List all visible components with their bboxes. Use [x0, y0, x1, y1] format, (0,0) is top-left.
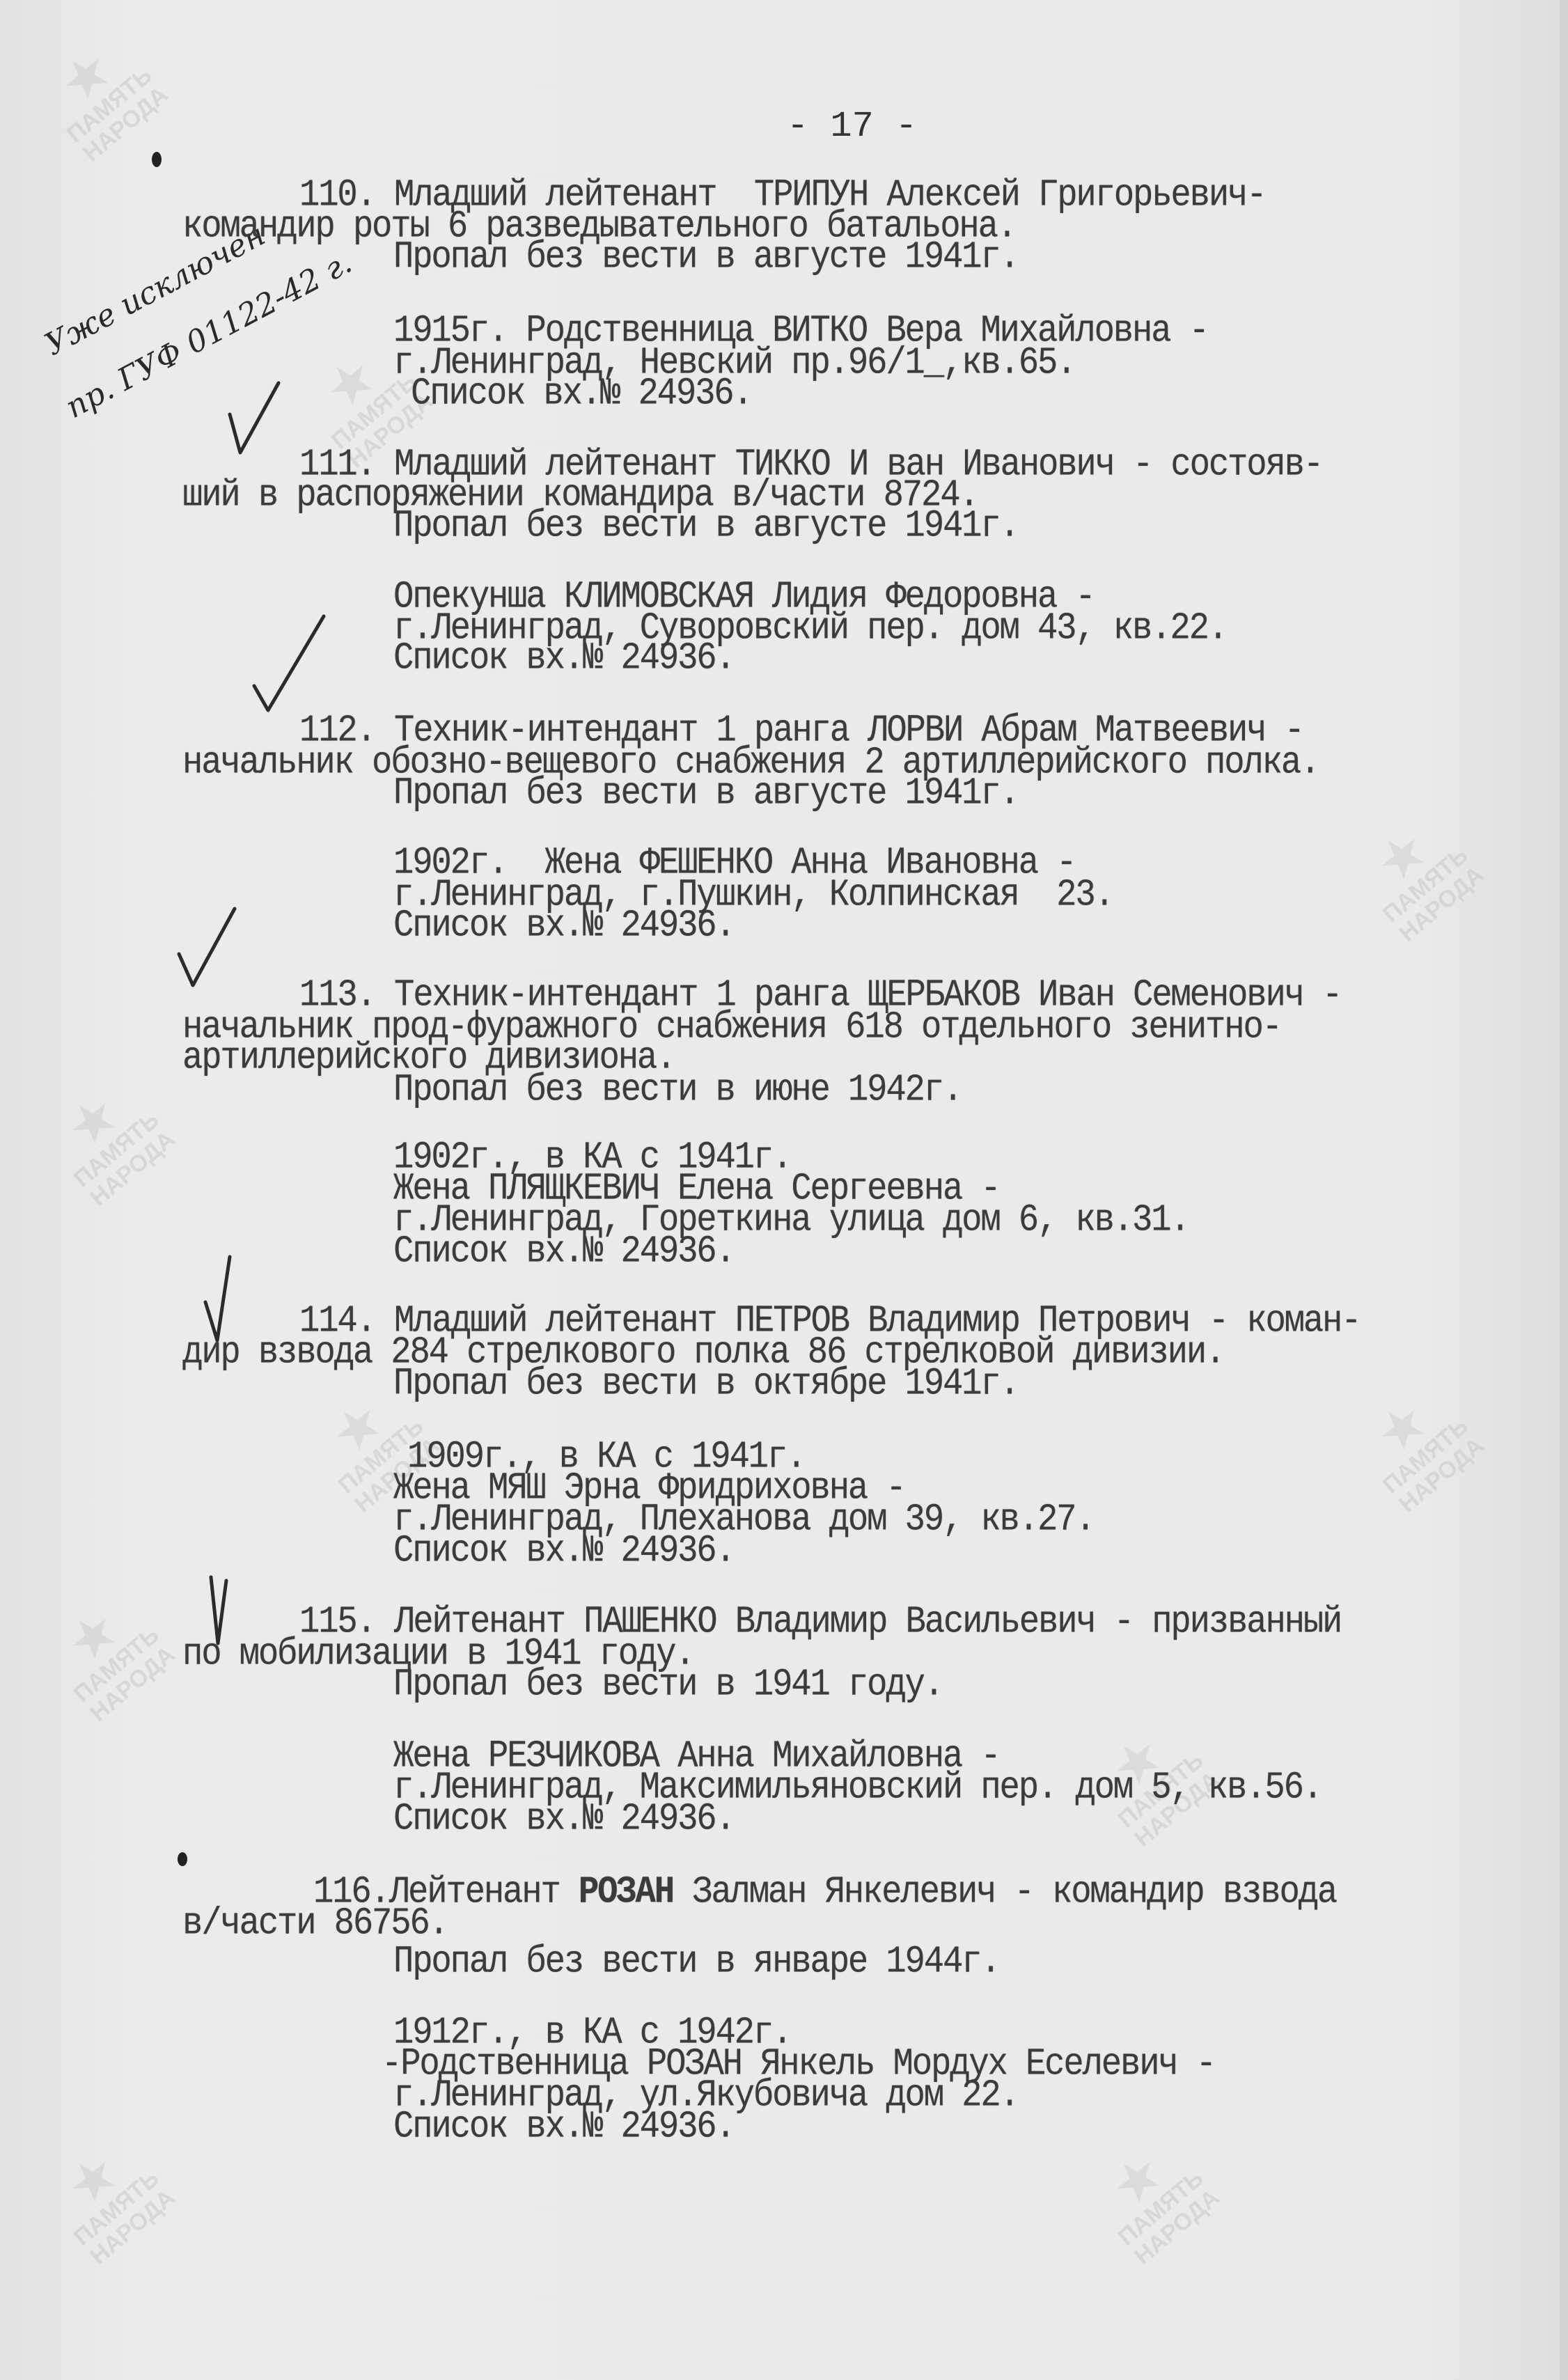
entry-116-surname: РОЗАН	[579, 1870, 673, 1914]
checkmark-icon	[175, 905, 238, 992]
entry-116-line: 116.Лейтенант РОЗАН Залман Янкелевич - к…	[313, 1873, 1336, 1911]
entry-114-list: Список вх.№ 24936.	[393, 1532, 735, 1570]
ink-speck	[152, 152, 162, 167]
watermark-stamp: ★ПАМЯТЬНАРОДА	[1071, 2118, 1262, 2310]
watermark-stamp: ★ПАМЯТЬНАРОДА	[26, 1060, 217, 1251]
entry-116-status: Пропал без вести в январе 1944г.	[393, 1943, 1000, 1981]
watermark-stamp: ★ПАМЯТЬНАРОДА	[19, 15, 210, 207]
watermark-stamp: ★ПАМЯТЬНАРОДА	[26, 2118, 217, 2310]
ink-speck	[178, 1852, 187, 1866]
watermark-stamp: ★ПАМЯТЬНАРОДА	[1335, 795, 1526, 987]
entry-114-status: Пропал без вести в октябре 1941г.	[393, 1365, 1019, 1403]
watermark-stamp: ★ПАМЯТЬНАРОДА	[1335, 1366, 1526, 1558]
entry-111-status: Пропал без вести в августе 1941г.	[393, 507, 1019, 545]
entry-116-line: в/части 86756.	[182, 1904, 448, 1943]
entry-115-list: Список вх.№ 24936.	[393, 1800, 735, 1838]
entry-113-status: Пропал без вести в июне 1942г.	[393, 1071, 962, 1109]
entry-111-list: Список вх.№ 24936.	[393, 639, 735, 678]
page-edge	[1560, 0, 1568, 2380]
page-number: - 17 -	[787, 106, 917, 147]
entry-115-status: Пропал без вести в 1941 году.	[393, 1666, 943, 1704]
entry-116-list: Список вх.№ 24936.	[393, 2108, 735, 2146]
document-page: ★ПАМЯТЬНАРОДА ★ПАМЯТЬНАРОДА ★ПАМЯТЬНАРОД…	[0, 0, 1568, 2380]
entry-112-status: Пропал без вести в августе 1941г.	[393, 774, 1019, 813]
checkmark-icon	[247, 613, 331, 721]
entry-112-list: Список вх.№ 24936.	[393, 907, 735, 945]
entry-116-name: Залман Янкелевич - командир взвода	[673, 1870, 1336, 1914]
entry-110-status: Пропал без вести в августе 1941г.	[393, 238, 1019, 276]
entry-113-list: Список вх.№ 24936.	[393, 1232, 735, 1271]
checkmark-icon	[226, 379, 282, 460]
entry-110-list: Список вх.№ 24936.	[411, 375, 752, 413]
